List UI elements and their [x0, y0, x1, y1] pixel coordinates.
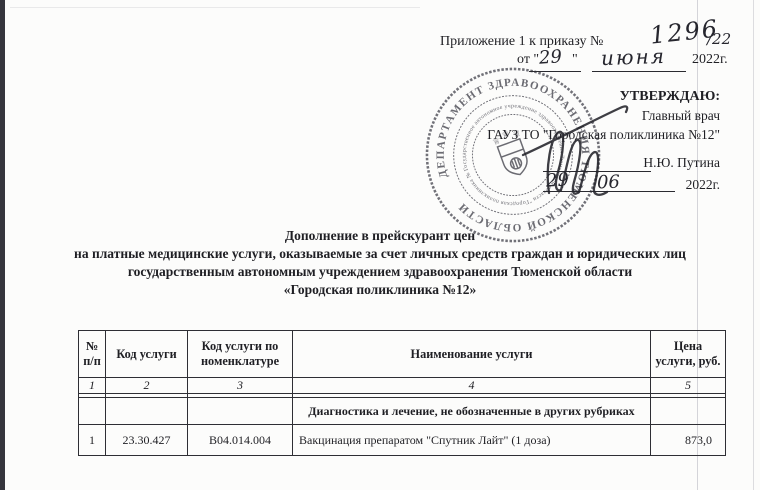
scan-left-edge: [0, 0, 5, 490]
shield-divider: [501, 149, 523, 157]
date-day-underline: [529, 71, 581, 72]
approve-label: УТВЕРЖДАЮ:: [620, 89, 720, 105]
col-number: 5: [651, 378, 726, 394]
date-year-label: 2022г.: [692, 52, 728, 68]
col-number: 2: [106, 378, 188, 394]
section-title: Диагностика и лечение, не обозначенные в…: [293, 398, 651, 425]
col-number: 3: [188, 378, 293, 394]
scan-top-edge-line: [10, 7, 420, 8]
date-quote-close: ": [572, 52, 578, 68]
table-row: 1 23.30.427 B04.014.004 Вакцинация препа…: [79, 425, 726, 456]
sign-month-handwritten: 06: [597, 172, 621, 194]
document-title: Дополнение в прейскурант цен на платные …: [20, 227, 740, 299]
price-list-table: № п/п Код услуги Код услуги по номенклат…: [78, 330, 726, 456]
sign-year-label: 2022г.: [686, 177, 720, 193]
date-day-handwritten: 29: [538, 46, 562, 69]
cell-price: 873,0: [651, 425, 726, 456]
round-seal-stamp: ДЕПАРТАМЕНТ ЗДРАВООХРАНЕНИЯ ТЮМЕНСКОЙ ОБ…: [424, 66, 602, 244]
chief-physician-label: Главный врач: [642, 108, 720, 124]
header-price: Цена услуги, руб.: [651, 331, 726, 378]
header-num: № п/п: [79, 331, 106, 378]
organization-name: ГАУЗ ТО "Городская поликлиника №12": [487, 127, 720, 143]
date-month-underline: [592, 71, 686, 72]
col-number: 1: [79, 378, 106, 394]
order-number-suffix: /22: [707, 30, 731, 48]
cell-service-name: Вакцинация препаратом "Спутник Лайт" (1 …: [293, 425, 651, 456]
scan-right-edge-line: [753, 0, 754, 490]
title-line-1: Дополнение в прейскурант цен: [20, 227, 740, 245]
table-header-row: № п/п Код услуги Код услуги по номенклат…: [79, 331, 726, 378]
scanned-document-page: ДЕПАРТАМЕНТ ЗДРАВООХРАНЕНИЯ ТЮМЕНСКОЙ ОБ…: [0, 0, 760, 490]
header-nomenclature-code: Код услуги по номенклатуре: [188, 331, 293, 378]
title-line-4: «Городская поликлиника №12»: [20, 281, 740, 299]
cell-service-code: 23.30.427: [106, 425, 188, 456]
date-from-label: от ": [517, 52, 539, 68]
column-number-row: 1 2 3 4 5: [79, 378, 726, 394]
appendix-line: Приложение 1 к приказу №: [440, 34, 603, 50]
signer-name: Н.Ю. Путина: [643, 155, 720, 171]
header-service-name: Наименование услуги: [293, 331, 651, 378]
cell-num: 1: [79, 425, 106, 456]
stamp-outer-ring-text: ДЕПАРТАМЕНТ ЗДРАВООХРАНЕНИЯ ТЮМЕНСКОЙ ОБ…: [424, 66, 602, 244]
sign-day-handwritten: 29: [545, 169, 569, 191]
title-line-2: на платные медицинские услуги, оказываем…: [20, 245, 740, 263]
date-month-handwritten: июня: [601, 44, 667, 70]
section-row: Диагностика и лечение, не обозначенные в…: [79, 398, 726, 425]
col-number: 4: [293, 378, 651, 394]
title-line-3: государственным автономным учреждением з…: [20, 263, 740, 281]
stamp-outer-circle: [424, 66, 602, 244]
cell-nomenclature-code: B04.014.004: [188, 425, 293, 456]
header-service-code: Код услуги: [106, 331, 188, 378]
